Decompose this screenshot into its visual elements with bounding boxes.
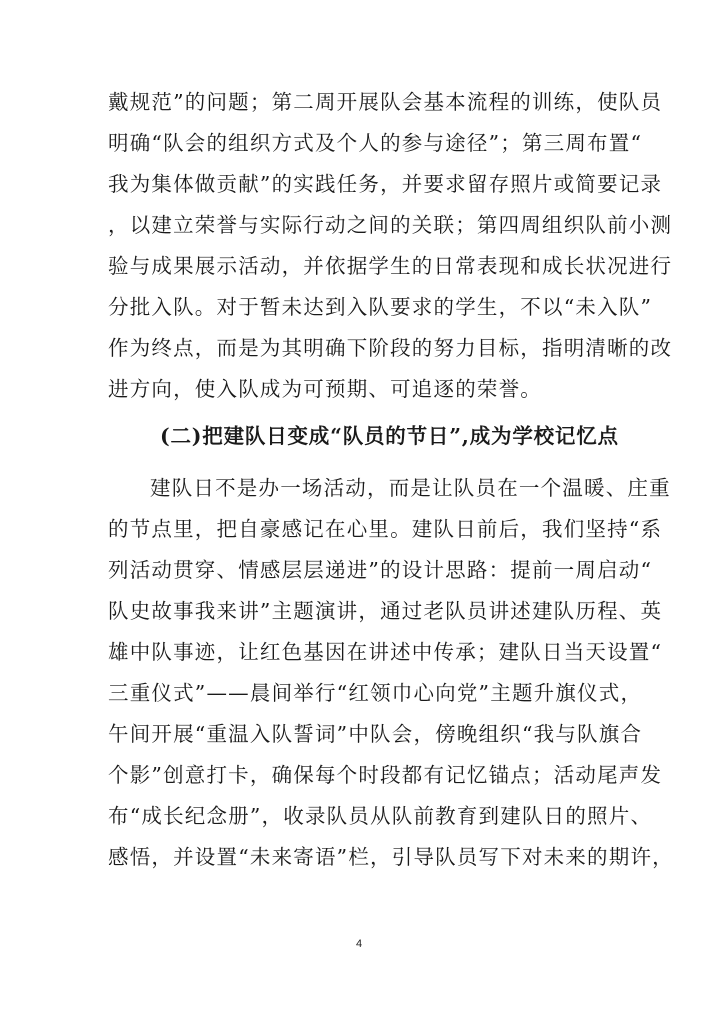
paragraph-line: 队史故事我来讲”主题演讲，通过老队员讲述建队历程、英 [108,599,628,623]
paragraph-line: 雄中队事迹，让红色基因在讲述中传承；建队日当天设置“ [108,640,628,664]
paragraph-line: 三重仪式”——晨间举行“红领巾心向党”主题升旗仪式， [108,681,628,705]
page-number: 4 [356,938,362,950]
paragraph-line: 列活动贯穿、情感层层递进”的设计思路：提前一周启动“ [108,558,628,582]
paragraph-line: 我为集体做贡献”的实践任务，并要求留存照片或简要记录 [108,172,628,196]
paragraph-line: ，以建立荣誉与实际行动之间的关联；第四周组织队前小测 [108,213,628,237]
paragraph-line: 建队日不是办一场活动，而是让队员在一个温暖、庄重 [150,476,670,500]
paragraph-line: 分批入队。对于暂未达到入队要求的学生，不以“未入队” [108,295,628,319]
paragraph-line: 感悟，并设置“未来寄语”栏，引导队员写下对未来的期许， [108,845,628,869]
paragraph-line: 明确“队会的组织方式及个人的参与途径”；第三周布置“ [108,131,628,155]
document-page: 戴规范”的问题；第二周开展队会基本流程的训练，使队员 明确“队会的组织方式及个人… [0,0,725,1024]
paragraph-line: 的节点里，把自豪感记在心里。建队日前后，我们坚持“系 [108,517,628,541]
section-heading: (二)把建队日变成“队员的节日”,成为学校记忆点 [160,424,619,448]
paragraph-line: 戴规范”的问题；第二周开展队会基本流程的训练，使队员 [108,90,628,114]
paragraph-line: 个影”创意打卡，确保每个时段都有记忆锚点；活动尾声发 [108,763,628,787]
paragraph-line: 午间开展“重温入队誓词”中队会，傍晚组织“我与队旗合 [108,722,628,746]
paragraph-line: 验与成果展示活动，并依据学生的日常表现和成长状况进行 [108,254,628,278]
paragraph-line: 作为终点，而是为其明确下阶段的努力目标，指明清晰的改 [108,336,628,360]
paragraph-line: 布“成长纪念册”，收录队员从队前教育到建队日的照片、 [108,804,628,828]
paragraph-line: 进方向，使入队成为可预期、可追逐的荣誉。 [108,377,628,401]
